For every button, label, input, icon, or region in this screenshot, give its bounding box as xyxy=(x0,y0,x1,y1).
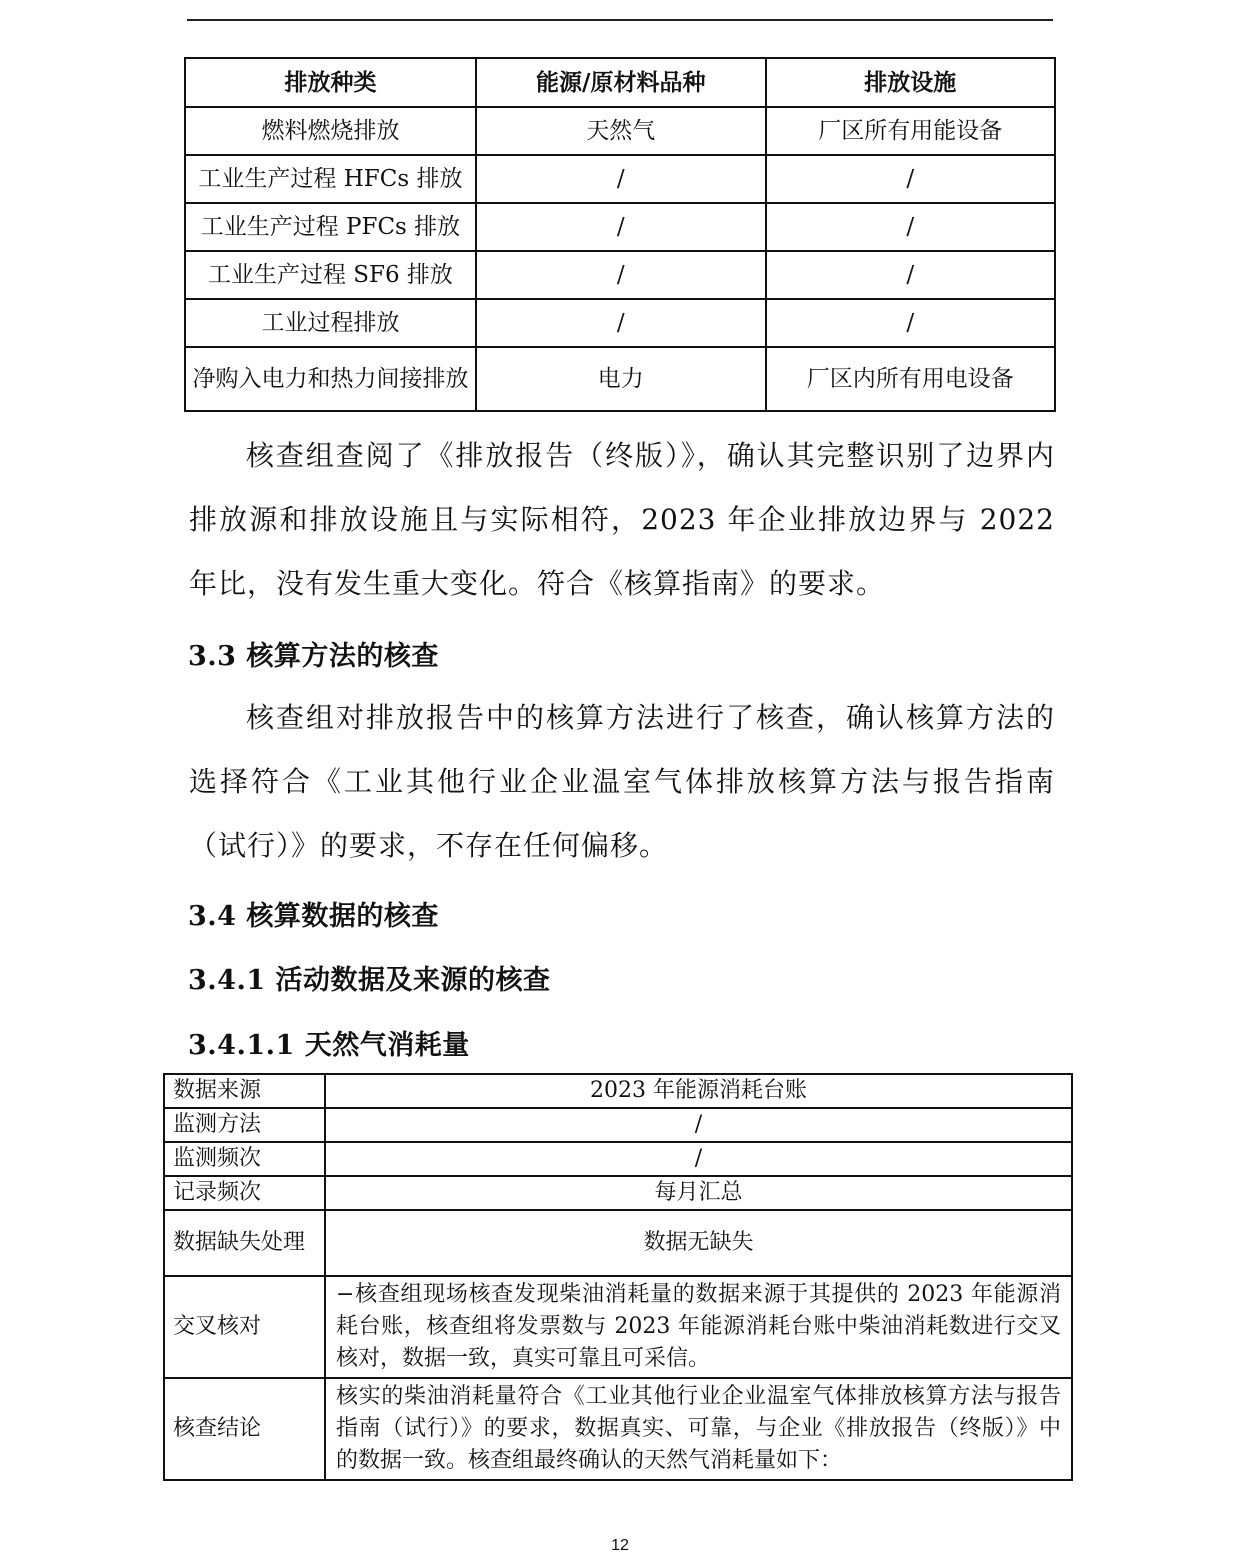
table-row: 数据来源 2023 年能源消耗台账 xyxy=(164,1074,1072,1108)
table-row: 记录频次 每月汇总 xyxy=(164,1176,1072,1210)
table-row: 工业生产过程 HFCs 排放 / / xyxy=(185,155,1055,203)
table-cell: 燃料燃烧排放 xyxy=(185,107,476,155)
table-cell: 工业生产过程 PFCs 排放 xyxy=(185,203,476,251)
row-label: 监测频次 xyxy=(164,1142,325,1176)
table-cell: 厂区内所有用电设备 xyxy=(766,347,1055,411)
row-value: 2023 年能源消耗台账 xyxy=(325,1074,1072,1108)
row-label: 监测方法 xyxy=(164,1108,325,1142)
table-row: 工业过程排放 / / xyxy=(185,299,1055,347)
table-cell: / xyxy=(766,251,1055,299)
natural-gas-consumption-table: 数据来源 2023 年能源消耗台账 监测方法 / 监测频次 / 记录频次 每月汇… xyxy=(163,1073,1073,1481)
column-header: 能源/原材料品种 xyxy=(476,58,766,107)
table-row: 燃料燃烧排放 天然气 厂区所有用能设备 xyxy=(185,107,1055,155)
row-label: 核查结论 xyxy=(164,1378,325,1480)
row-value: / xyxy=(325,1108,1072,1142)
table-header-row: 排放种类 能源/原材料品种 排放设施 xyxy=(185,58,1055,107)
table-cell: 净购入电力和热力间接排放 xyxy=(185,347,476,411)
table-cell: / xyxy=(476,155,766,203)
table-row: 净购入电力和热力间接排放 电力 厂区内所有用电设备 xyxy=(185,347,1055,411)
table-cell: / xyxy=(766,299,1055,347)
table-cell: 工业过程排放 xyxy=(185,299,476,347)
table-cell: / xyxy=(766,203,1055,251)
paragraph-text: 核查组对排放报告中的核算方法进行了核查，确认核算方法的选择符合《工业其他行业企业… xyxy=(189,701,1055,862)
row-label: 数据来源 xyxy=(164,1074,325,1108)
section-heading-3-4-1: 3.4.1 活动数据及来源的核查 xyxy=(188,958,551,997)
row-label: 交叉核对 xyxy=(164,1276,325,1378)
emission-sources-table: 排放种类 能源/原材料品种 排放设施 燃料燃烧排放 天然气 厂区所有用能设备 工… xyxy=(184,57,1056,412)
table-row: 工业生产过程 PFCs 排放 / / xyxy=(185,203,1055,251)
table-cell: / xyxy=(476,203,766,251)
header-rule xyxy=(187,19,1053,21)
paragraph-text: 核查组查阅了《排放报告（终版）》，确认其完整识别了边界内排放源和排放设施且与实际… xyxy=(189,439,1055,600)
column-header: 排放设施 xyxy=(766,58,1055,107)
boundary-check-paragraph: 核查组查阅了《排放报告（终版）》，确认其完整识别了边界内排放源和排放设施且与实际… xyxy=(189,424,1055,616)
method-check-paragraph: 核查组对排放报告中的核算方法进行了核查，确认核算方法的选择符合《工业其他行业企业… xyxy=(189,686,1055,878)
column-header: 排放种类 xyxy=(185,58,476,107)
table-row: 监测频次 / xyxy=(164,1142,1072,1176)
table-cell: / xyxy=(476,251,766,299)
table-cell: 电力 xyxy=(476,347,766,411)
row-value: 核实的柴油消耗量符合《工业其他行业企业温室气体排放核算方法与报告指南（试行）》的… xyxy=(325,1378,1072,1480)
table-row: 核查结论 核实的柴油消耗量符合《工业其他行业企业温室气体排放核算方法与报告指南（… xyxy=(164,1378,1072,1480)
table-row: 工业生产过程 SF6 排放 / / xyxy=(185,251,1055,299)
page-number: 12 xyxy=(0,1537,1240,1555)
section-heading-3-4: 3.4 核算数据的核查 xyxy=(188,894,439,933)
section-heading-3-4-1-1: 3.4.1.1 天然气消耗量 xyxy=(188,1023,470,1062)
table-row: 交叉核对 −核查组现场核查发现柴油消耗量的数据来源于其提供的 2023 年能源消… xyxy=(164,1276,1072,1378)
table-cell: 天然气 xyxy=(476,107,766,155)
table-row: 数据缺失处理 数据无缺失 xyxy=(164,1210,1072,1276)
table-cell: 厂区所有用能设备 xyxy=(766,107,1055,155)
row-label: 记录频次 xyxy=(164,1176,325,1210)
table-cell: / xyxy=(476,299,766,347)
table-cell: / xyxy=(766,155,1055,203)
row-value: 数据无缺失 xyxy=(325,1210,1072,1276)
section-heading-3-3: 3.3 核算方法的核查 xyxy=(188,634,439,673)
row-value: 每月汇总 xyxy=(325,1176,1072,1210)
row-label: 数据缺失处理 xyxy=(164,1210,325,1276)
table-row: 监测方法 / xyxy=(164,1108,1072,1142)
table-cell: 工业生产过程 SF6 排放 xyxy=(185,251,476,299)
row-value: / xyxy=(325,1142,1072,1176)
row-value: −核查组现场核查发现柴油消耗量的数据来源于其提供的 2023 年能源消耗台账，核… xyxy=(325,1276,1072,1378)
table-cell: 工业生产过程 HFCs 排放 xyxy=(185,155,476,203)
